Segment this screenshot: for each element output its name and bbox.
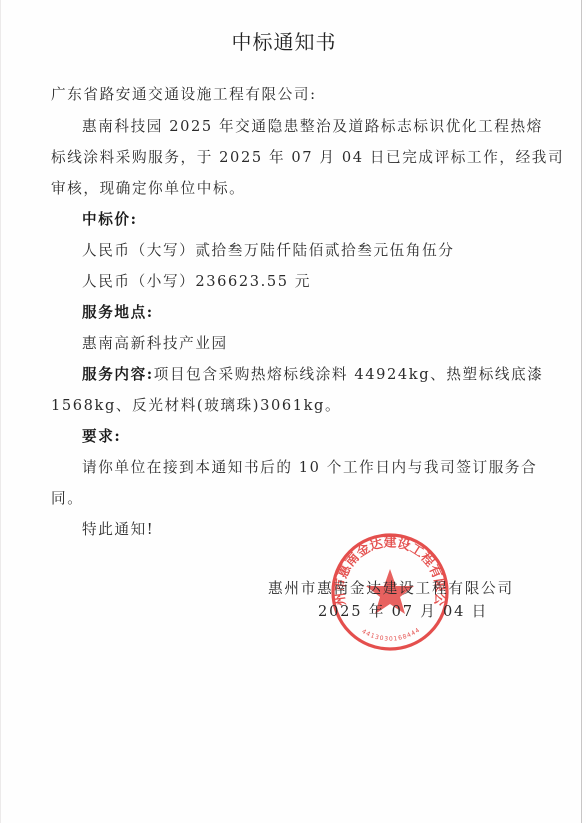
page-right-edge bbox=[581, 0, 582, 823]
intro-line-3: 审核，现确定你单位中标。 bbox=[51, 179, 245, 199]
document-page: 中标通知书 广东省路安通交通设施工程有限公司: 惠南科技园 2025 年交通隐患… bbox=[0, 0, 586, 823]
service-content-line-2: 1568kg、反光材料(玻璃珠)3061kg。 bbox=[51, 396, 341, 416]
service-content-value-1: 项目包含采购热熔标线涂料 44924kg、热塑标线底漆 bbox=[154, 366, 544, 383]
service-content-label: 服务内容: bbox=[82, 366, 154, 383]
intro-line-1: 惠南科技园 2025 年交通隐患整治及道路标志标识优化工程热熔 bbox=[82, 117, 543, 137]
page-left-edge bbox=[0, 0, 1, 823]
document-title: 中标通知书 bbox=[0, 26, 568, 55]
bid-price-lowercase: 人民币（小写）236623.55 元 bbox=[82, 272, 311, 292]
service-location-label: 服务地点: bbox=[82, 303, 154, 323]
signature-date: 2025 年 07 月 04 日 bbox=[318, 600, 488, 621]
addressee: 广东省路安通交通设施工程有限公司: bbox=[51, 85, 317, 105]
closing-remark: 特此通知! bbox=[82, 520, 154, 540]
bid-price-label: 中标价: bbox=[82, 210, 138, 230]
bid-price-uppercase: 人民币（大写）贰拾叁万陆仟陆佰贰拾叁元伍角伍分 bbox=[82, 241, 454, 261]
requirements-line-2: 同。 bbox=[51, 489, 83, 509]
seal-code: 4413030168444 bbox=[361, 626, 422, 642]
intro-line-2: 标线涂料采购服务，于 2025 年 07 月 04 日已完成评标工作，经我司 bbox=[51, 148, 564, 168]
requirements-label: 要求: bbox=[82, 427, 121, 447]
signature-company: 惠州市惠南金达建设工程有限公司 bbox=[268, 577, 514, 598]
requirements-line-1: 请你单位在接到本通知书后的 10 个工作日内与我司签订服务合 bbox=[82, 458, 537, 478]
service-content-line-1: 服务内容:项目包含采购热熔标线涂料 44924kg、热塑标线底漆 bbox=[82, 365, 544, 385]
service-location-value: 惠南高新科技产业园 bbox=[82, 334, 228, 354]
